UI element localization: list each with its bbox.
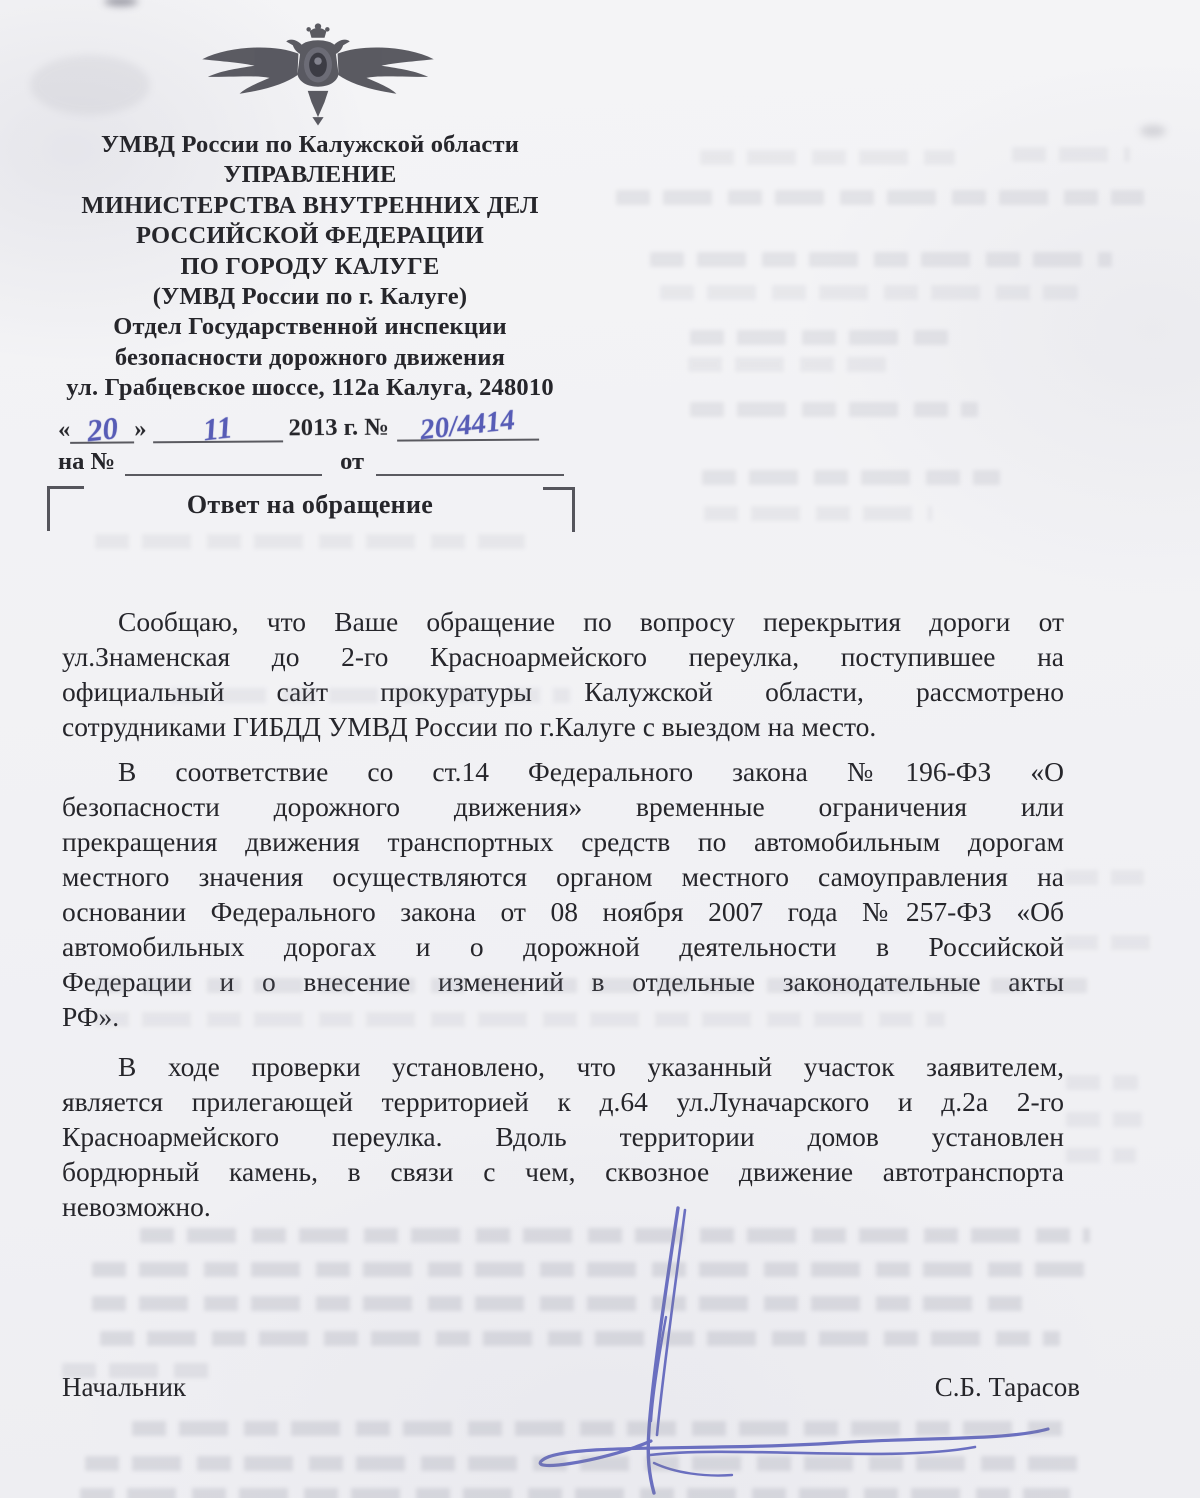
letterhead-line: безопасности дорожного движения bbox=[58, 343, 562, 373]
body-paragraph: В ходе проверки установлено, что указанн… bbox=[62, 1049, 1064, 1224]
day-field: 20 bbox=[70, 411, 134, 443]
body-line: В соответствие со ст.14 Федерального зак… bbox=[62, 754, 1064, 789]
bleed-through-line bbox=[100, 1331, 1060, 1346]
bleed-through-line bbox=[1066, 1148, 1136, 1163]
ref-prefix-label: на № bbox=[58, 448, 115, 476]
letterhead-line: УМВД России по Калужской области bbox=[58, 130, 562, 160]
body-line: безопасности дорожного движения» временн… bbox=[62, 789, 1064, 824]
reference-row: на № от bbox=[58, 442, 618, 476]
body-paragraph: Сообщаю, что Ваше обращение по вопросу п… bbox=[62, 604, 1064, 744]
number-field: 20/4414 bbox=[397, 409, 539, 442]
body-line: Красноармейского переулка. Вдоль террито… bbox=[62, 1119, 1064, 1154]
body-line: является прилегающей территорией к д.64 … bbox=[62, 1084, 1064, 1119]
bleed-through-line bbox=[92, 1262, 1087, 1277]
bleed-through-line bbox=[92, 1296, 1032, 1311]
ref-from-label: от bbox=[340, 448, 364, 476]
bleed-through-line bbox=[132, 1421, 1072, 1436]
bleed-through-line bbox=[690, 330, 948, 345]
bleed-through-line bbox=[616, 190, 1144, 205]
letterhead-line: (УМВД России по г. Калуге) bbox=[58, 282, 562, 312]
bleed-through-line bbox=[62, 1363, 212, 1378]
bleed-through-line bbox=[1012, 147, 1130, 162]
date-number-row: « 20 » 11 2013 г. № 20/4414 bbox=[58, 404, 618, 444]
body-line: прекращения движения транспортных средст… bbox=[62, 824, 1064, 859]
letterhead-line: Отдел Государственной инспекции bbox=[58, 312, 562, 342]
bleed-through-line bbox=[170, 688, 570, 703]
bleed-through-line bbox=[95, 1012, 945, 1027]
bleed-through-line bbox=[140, 1228, 1090, 1243]
body-line: сотрудниками ГИБДД УМВД России по г.Калу… bbox=[62, 709, 1064, 744]
scan-artifact bbox=[104, 0, 138, 6]
scanned-letter-page: УМВД России по Калужской областиУПРАВЛЕН… bbox=[0, 0, 1200, 1498]
open-quote: « bbox=[58, 416, 70, 444]
body-line: основании Федерального закона от 08 нояб… bbox=[62, 894, 1064, 929]
close-quote: » bbox=[134, 415, 146, 443]
bleed-through-line bbox=[688, 357, 886, 372]
letterhead-line: МИНИСТЕРСТВА ВНУТРЕННИХ ДЕЛ bbox=[58, 191, 562, 221]
scan-artifact bbox=[30, 55, 150, 115]
ref-date-field bbox=[376, 444, 564, 476]
signature-ink bbox=[500, 1205, 1100, 1498]
bleed-through-line bbox=[1064, 870, 1144, 885]
letterhead: УМВД России по Калужской областиУПРАВЛЕН… bbox=[58, 130, 562, 404]
body-line: автомобильных дорогах и о дорожной деяте… bbox=[62, 929, 1064, 964]
bleed-through-line bbox=[702, 470, 1000, 485]
bleed-through-line bbox=[95, 978, 1095, 993]
bleed-through-line bbox=[704, 506, 932, 521]
handwritten-number: 20/4414 bbox=[419, 404, 517, 447]
year-number-label: 2013 г. № bbox=[288, 414, 389, 443]
body-line: бордюрный камень, в связи с чем, сквозно… bbox=[62, 1154, 1064, 1189]
letterhead-line: ул. Грабцевское шоссе, 112а Калуга, 2480… bbox=[58, 373, 562, 403]
bleed-through-line bbox=[660, 285, 1078, 300]
bleed-through-line bbox=[80, 1488, 1070, 1498]
bleed-through-line bbox=[1066, 1112, 1142, 1127]
scan-artifact bbox=[1140, 125, 1166, 137]
bleed-through-line bbox=[85, 1456, 1090, 1471]
ref-number-field bbox=[125, 444, 322, 476]
letterhead-line: ПО ГОРОДУ КАЛУГЕ bbox=[58, 252, 562, 282]
letterhead-line: РОССИЙСКОЙ ФЕДЕРАЦИИ bbox=[58, 221, 562, 251]
body-line: ул.Знаменская до 2-го Красноармейского п… bbox=[62, 639, 1064, 674]
body-line: Сообщаю, что Ваше обращение по вопросу п… bbox=[62, 604, 1064, 639]
bleed-through-line bbox=[700, 150, 955, 165]
body-line: В ходе проверки установлено, что указанн… bbox=[62, 1049, 1064, 1084]
bleed-through-line bbox=[690, 402, 978, 417]
bleed-through-line bbox=[1066, 1075, 1138, 1090]
body-line: местного значения осуществляются органом… bbox=[62, 859, 1064, 894]
bleed-through-line bbox=[650, 252, 1112, 267]
subject-line: Ответ на обращение bbox=[58, 490, 562, 520]
month-field: 11 bbox=[152, 410, 282, 443]
letterhead-line: УПРАВЛЕНИЕ bbox=[58, 160, 562, 190]
bleed-through-line bbox=[95, 534, 525, 549]
bleed-through-line bbox=[1064, 935, 1150, 950]
mvd-eagle-emblem bbox=[192, 20, 444, 132]
